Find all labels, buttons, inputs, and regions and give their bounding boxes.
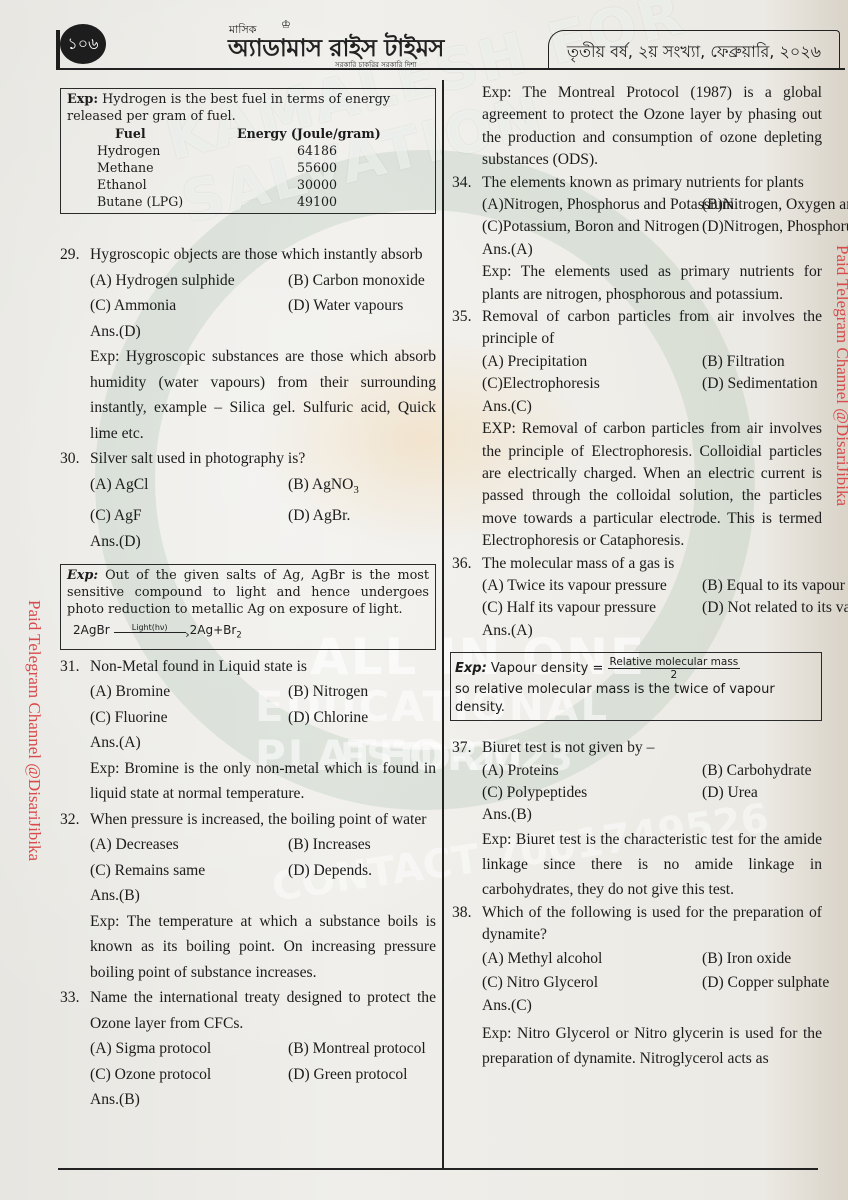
chemical-equation: 2AgBrLight(hν)2Ag+Br2 — [67, 618, 429, 645]
options: (A) Proteins (B) Carbohydrate (C) Polype… — [452, 760, 822, 805]
option-c: (C)Potassium, Boron and Nitrogen — [482, 216, 702, 238]
explanation: Exp: Out of the given salts of Ag, AgBr … — [67, 567, 429, 618]
option-c: (C) Nitro Glycerol — [482, 971, 702, 995]
fraction-numerator: Relative molecular mass — [608, 656, 741, 669]
side-watermark-left: Paid Telegram Channel @DisariJibika — [24, 600, 44, 861]
question-29: 29.Hygroscopic objects are those which i… — [60, 242, 436, 446]
question-text: Name the international treaty designed t… — [90, 985, 436, 1036]
explanation: Exp: Hygroscopic substances are those wh… — [60, 344, 436, 446]
option-c: (C) Remains same — [90, 858, 288, 884]
option-c: (C) Fluorine — [90, 705, 288, 731]
question-30: 30.Silver salt used in photography is? (… — [60, 446, 436, 650]
question-number: 29. — [60, 242, 90, 268]
question-text: Which of the following is used for the p… — [482, 902, 822, 947]
option-c: (C) AgF — [90, 503, 288, 529]
question-number: 34. — [452, 172, 482, 194]
option-d: (D)Nitrogen, Phosphorus and Iron — [702, 216, 848, 238]
question-text: The molecular mass of a gas is — [482, 553, 822, 575]
table-row: Methane55600 — [85, 159, 381, 176]
page-number: ১০৬ — [67, 31, 98, 58]
option-a: (A) Proteins — [482, 760, 702, 782]
fraction-denominator: 2 — [608, 669, 741, 681]
explanation-box: Exp: Out of the given salts of Ag, AgBr … — [60, 564, 436, 649]
right-column: Exp: The Montreal Protocol (1987) is a g… — [452, 82, 822, 1071]
option-d: (D) Not related to its vapour pressure — [702, 597, 848, 619]
side-watermark-right: Paid Telegram Channel @DisariJibika — [832, 245, 848, 506]
question-34: 34.The elements known as primary nutrien… — [452, 172, 822, 306]
answer: Ans.(B) — [452, 804, 822, 826]
option-c: (C) Half its vapour pressure — [482, 597, 702, 619]
formula-lhs: Vapour density = — [487, 661, 608, 676]
explanation: Exp: Bromine is the only non-metal which… — [60, 756, 436, 807]
option-b: (B) AgNO3 — [288, 472, 436, 504]
option-a: (A) Hydrogen sulphide — [90, 268, 288, 294]
option-d: (D) Water vapours — [288, 293, 436, 319]
answer: Ans.(D) — [60, 529, 436, 555]
reaction-arrow-icon: Light(hν) — [114, 623, 186, 633]
explanation-line2: so relative molecular mass is the twice … — [455, 681, 817, 717]
page-header: ১০৬ মাসিক ♔ অ্যাডামাস রাইস টাইমস সরকারি … — [0, 0, 848, 75]
explanation: Exp: Nitro Glycerol or Nitro glycerin is… — [452, 1021, 822, 1071]
fuel-cell: Butane (LPG) — [85, 193, 237, 210]
options: (A) Hydrogen sulphide (B) Carbon monoxid… — [60, 268, 436, 319]
options: (A)Nitrogen, Phosphorus and Potassium (B… — [452, 194, 822, 239]
option-d: (D) Chlorine — [288, 705, 436, 731]
question-text: When pressure is increased, the boiling … — [90, 807, 436, 833]
question-number: 37. — [452, 737, 482, 759]
option-b: (B) Carbohydrate — [702, 760, 822, 782]
question-text: Removal of carbon particles from air inv… — [482, 306, 822, 351]
question-number: 35. — [452, 306, 482, 351]
explanation: Exp: The elements used as primary nutrie… — [452, 261, 822, 306]
answer: Ans.(D) — [60, 319, 436, 345]
question-number: 36. — [452, 553, 482, 575]
option-a: (A) Bromine — [90, 679, 288, 705]
answer: Ans.(B) — [60, 883, 436, 909]
energy-cell: 30000 — [237, 176, 381, 193]
option-b: (B) Increases — [288, 832, 436, 858]
fuel-exp: Exp: Hydrogen is the best fuel in terms … — [67, 91, 429, 125]
options: (A) Decreases (B) Increases (C) Remains … — [60, 832, 436, 883]
footer-rule — [58, 1168, 818, 1170]
option-a: (A) Decreases — [90, 832, 288, 858]
column-divider — [442, 80, 444, 1170]
page-number-badge: ১০৬ — [60, 24, 106, 64]
options: (A) Sigma protocol (B) Montreal protocol… — [60, 1036, 436, 1087]
options: (A) AgCl (B) AgNO3 (C) AgF (D) AgBr. — [60, 472, 436, 529]
table-row: Butane (LPG)49100 — [85, 193, 381, 210]
option-c: (C) Polypeptides — [482, 782, 702, 804]
option-d: (D) Green protocol — [288, 1062, 436, 1088]
issue-info: তৃতীয় বর্ষ, ২য় সংখ্যা, ফেব্রুয়ারি, ২০… — [548, 30, 840, 68]
option-d: (D) Depends. — [288, 858, 436, 884]
option-a: (A) Sigma protocol — [90, 1036, 288, 1062]
question-37: 37.Biuret test is not given by – (A) Pro… — [452, 737, 822, 902]
column-header-fuel: Fuel — [85, 125, 237, 142]
energy-cell: 64186 — [237, 142, 381, 159]
question-32: 32.When pressure is increased, the boili… — [60, 807, 436, 986]
question-number: 38. — [452, 902, 482, 947]
answer: Ans.(A) — [60, 730, 436, 756]
option-d: (D) Urea — [702, 782, 822, 804]
left-column: Exp: Hydrogen is the best fuel in terms … — [60, 88, 436, 1113]
explanation: Exp: The temperature at which a substanc… — [60, 909, 436, 986]
question-number: 31. — [60, 654, 90, 680]
option-c: (C) Ammonia — [90, 293, 288, 319]
table-row: Hydrogen64186 — [85, 142, 381, 159]
fuel-cell: Hydrogen — [85, 142, 237, 159]
subscript: 3 — [353, 484, 358, 496]
question-number: 32. — [60, 807, 90, 833]
options: (A) Bromine (B) Nitrogen (C) Fluorine (D… — [60, 679, 436, 730]
fuel-cell: Methane — [85, 159, 237, 176]
option-b: (B) Equal to its vapour pressure — [702, 575, 848, 597]
question-38: 38.Which of the following is used for th… — [452, 902, 822, 1071]
option-b: (B) Filtration — [702, 351, 822, 373]
question-35: 35.Removal of carbon particles from air … — [452, 306, 822, 552]
option-b: (B)Nitrogen, Oxygen and Silicon — [702, 194, 848, 216]
table-row: Ethanol30000 — [85, 176, 381, 193]
answer: Ans.(C) — [452, 396, 822, 418]
column-header-energy: Energy (Joule/gram) — [237, 125, 381, 142]
option-c: (C) Ozone protocol — [90, 1062, 288, 1088]
options: (A) Precipitation (B) Filtration (C)Elec… — [452, 351, 822, 396]
fuel-cell: Ethanol — [85, 176, 237, 193]
option-c: (C)Electrophoresis — [482, 373, 702, 395]
explanation-q33: Exp: The Montreal Protocol (1987) is a g… — [452, 82, 822, 172]
exp-label: Exp: — [67, 92, 98, 107]
exp-text: Hydrogen is the best fuel in terms of en… — [67, 92, 390, 124]
option-a: (A) Methyl alcohol — [482, 947, 702, 971]
exp-label: Exp: — [455, 661, 487, 676]
question-number: 33. — [60, 985, 90, 1036]
option-b-text: (B) AgNO — [288, 476, 353, 493]
answer: Ans.(B) — [60, 1087, 436, 1113]
arrow-condition: Light(hν) — [132, 623, 168, 632]
exp-text: Out of the given salts of Ag, AgBr is th… — [67, 568, 429, 617]
header-rule — [58, 68, 450, 70]
question-36: 36.The molecular mass of a gas is (A) Tw… — [452, 553, 822, 722]
vapour-density-formula: Exp: Vapour density = Relative molecular… — [455, 656, 817, 681]
answer: Ans.(C) — [452, 995, 822, 1017]
option-b: (B) Nitrogen — [288, 679, 436, 705]
question-33: 33.Name the international treaty designe… — [60, 985, 436, 1113]
fuel-energy-box: Exp: Hydrogen is the best fuel in terms … — [60, 88, 436, 214]
question-text: Non-Metal found in Liquid state is — [90, 654, 436, 680]
option-b: (B) Carbon monoxide — [288, 268, 436, 294]
equation-reactant: 2AgBr — [73, 623, 110, 637]
question-31: 31.Non-Metal found in Liquid state is (A… — [60, 654, 436, 807]
question-text: Biuret test is not given by – — [482, 737, 822, 759]
question-text: Hygroscopic objects are those which inst… — [90, 242, 436, 268]
option-a: (A) Precipitation — [482, 351, 702, 373]
issue-text: তৃতীয় বর্ষ, ২য় সংখ্যা, ফেব্রুয়ারি, ২০… — [567, 42, 821, 61]
option-a: (A) Twice its vapour pressure — [482, 575, 702, 597]
answer: Ans.(A) — [452, 620, 822, 642]
explanation: Exp: Biuret test is the characteristic t… — [452, 827, 822, 902]
option-d: (D) Sedimentation — [702, 373, 822, 395]
option-b: (B) Montreal protocol — [288, 1036, 436, 1062]
equation-product: 2Ag+Br — [190, 623, 237, 637]
options: (A) Methyl alcohol (B) Iron oxide (C) Ni… — [452, 947, 822, 995]
header-rule-right — [440, 68, 845, 70]
options: (A) Twice its vapour pressure (B) Equal … — [452, 575, 822, 620]
question-text: Silver salt used in photography is? — [90, 446, 436, 472]
answer: Ans.(A) — [452, 239, 822, 261]
explanation: EXP: Removal of carbon particles from ai… — [452, 418, 822, 552]
question-number: 30. — [60, 446, 90, 472]
fuel-energy-table: Fuel Energy (Joule/gram) Hydrogen64186 M… — [85, 125, 381, 210]
explanation-box: Exp: Vapour density = Relative molecular… — [450, 652, 822, 721]
option-a: (A) AgCl — [90, 472, 288, 504]
fraction: Relative molecular mass2 — [608, 656, 741, 681]
option-d: (D) Copper sulphate — [702, 971, 829, 995]
energy-cell: 49100 — [237, 193, 381, 210]
option-d: (D) AgBr. — [288, 503, 436, 529]
energy-cell: 55600 — [237, 159, 381, 176]
option-b: (B) Iron oxide — [702, 947, 829, 971]
subscript: 2 — [236, 630, 241, 640]
option-a: (A)Nitrogen, Phosphorus and Potassium — [482, 194, 702, 216]
question-text: The elements known as primary nutrients … — [482, 172, 822, 194]
exp-label: Exp: — [67, 568, 98, 583]
